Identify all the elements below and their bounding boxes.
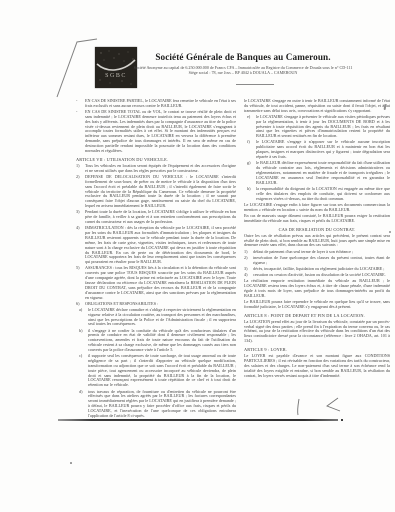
paragraph-text: Tous les véhicules en location seront éq… bbox=[85, 163, 236, 173]
paragraph-text: La résiliation emporte restitution imméd… bbox=[244, 278, 390, 298]
paragraph-text: ARTICLE 9 : LOYER. bbox=[244, 347, 287, 352]
section-header: ARTICLE 9 : LOYER. bbox=[244, 347, 390, 352]
section-header-centered: CAS DE RESILIATION DU CONTRAT. bbox=[244, 227, 390, 232]
paragraph: 4)cessation ou cession d'activité, fusio… bbox=[244, 273, 390, 278]
paragraph: -EN CAS DE SINISTRE TOTAL ou de VOL, le … bbox=[76, 110, 236, 154]
document-title: Société Générale de Banques au Cameroun. bbox=[118, 52, 368, 62]
item-marker: d) bbox=[79, 390, 82, 395]
paragraph-text: IMMATRICULATION : dès la réception du vé… bbox=[85, 225, 236, 264]
item-marker: f) bbox=[247, 140, 250, 145]
paragraph: 6)OBLIGATIONS ET RESPONSABILITES : bbox=[76, 302, 236, 307]
item-marker: g) bbox=[247, 161, 250, 166]
paragraph-text: le BAILLEUR décline expressément toute r… bbox=[256, 160, 390, 184]
item-marker: - bbox=[76, 110, 77, 115]
scan-speck bbox=[389, 231, 391, 233]
paragraph: En cas de mauvais usage dûment constaté,… bbox=[244, 214, 390, 224]
section-header: ARTICLE 8 : POINT DE DEPART ET FIN DE LA… bbox=[244, 313, 390, 318]
paragraph-text: le LOCATAIRE s'engage à n'apposer sur le… bbox=[256, 139, 390, 159]
paragraph-text: EN CAS DE SINISTRE TOTAL ou de VOL, le c… bbox=[85, 109, 236, 153]
paragraph-text: le LOCATAIRE s'engage en outre à tenir l… bbox=[244, 99, 390, 113]
paragraph: g)le BAILLEUR décline expressément toute… bbox=[247, 161, 390, 185]
paragraph: 4)IMMATRICULATION : dès la réception du … bbox=[76, 226, 236, 265]
paragraph: 1)Tous les véhicules en location seront … bbox=[76, 164, 236, 174]
item-marker: e) bbox=[247, 115, 250, 120]
section-header: ARTICLE VII : UTILISATION DU VEHICULE. bbox=[76, 157, 236, 162]
paragraph-text: La LOCATION prend effet au jour de la li… bbox=[244, 319, 390, 343]
paragraph: Le LOCATAIRE s'engage enfin à faire figu… bbox=[244, 203, 390, 213]
paragraph: le LOCATAIRE s'engage en outre à tenir l… bbox=[244, 99, 390, 114]
paragraph-text: il s'engage à ne confier la conduite du … bbox=[88, 328, 236, 352]
header-divider bbox=[236, 84, 274, 85]
item-marker: 3) bbox=[244, 267, 247, 272]
paragraph-text: Le LOYER est payable d'avance et son mon… bbox=[244, 353, 390, 377]
paragraph: La résiliation emporte restitution imméd… bbox=[244, 279, 390, 298]
scan-speck bbox=[70, 462, 72, 464]
paragraph-text: ARTICLE VII : UTILISATION DU VEHICULE. bbox=[76, 157, 168, 162]
paragraph: 5)ASSURANCES : tous les RISQUES liés à l… bbox=[76, 266, 236, 300]
paragraph: h)la responsabilité du dirigeant de la L… bbox=[247, 187, 390, 202]
page-edge-dot bbox=[341, 419, 343, 421]
paragraph-text: ASSURANCES : tous les RISQUES liés à la … bbox=[85, 265, 236, 299]
paragraph: f)le LOCATAIRE s'engage à n'apposer sur … bbox=[247, 140, 390, 159]
paragraph: 3)décès, incapacité, faillite, liquidati… bbox=[244, 267, 390, 272]
paragraph-text: OBLIGATIONS ET RESPONSABILITES : bbox=[85, 301, 158, 306]
paragraph-text: Pendant toute la durée de la location, l… bbox=[85, 209, 236, 224]
paragraph-text: inexécution de l'une quelconque des clau… bbox=[253, 255, 390, 265]
item-marker: b) bbox=[79, 329, 82, 334]
item-marker: 1) bbox=[76, 164, 79, 169]
paragraph: a)le LOCATAIRE déclare connaître et s'ob… bbox=[79, 308, 236, 327]
item-marker: 4) bbox=[244, 273, 247, 278]
paragraph-text: il supporte seul les conséquences de tou… bbox=[88, 353, 236, 387]
item-marker: 3) bbox=[76, 210, 79, 215]
paragraph-text: EN CAS DE SINISTRE PARTIEL, le LOCATAIRE… bbox=[85, 99, 236, 108]
paragraph: Le BAILLEUR pourra faire reprendre le vé… bbox=[244, 300, 390, 310]
paragraph-text: Le LOCATAIRE s'engage enfin à faire figu… bbox=[244, 202, 390, 212]
paragraph-text: la responsabilité du dirigeant de la LOC… bbox=[256, 186, 390, 201]
paragraph: e)le LOCATAIRE s'engage à présenter le v… bbox=[247, 115, 390, 139]
page-bottom-edge bbox=[58, 419, 338, 421]
paragraph-text: Le BAILLEUR pourra faire reprendre le vé… bbox=[244, 299, 390, 309]
paragraph-text: le LOCATAIRE s'engage à présenter le véh… bbox=[256, 114, 390, 138]
right-column: le LOCATAIRE s'engage en outre à tenir l… bbox=[244, 99, 390, 380]
item-marker: a) bbox=[79, 308, 82, 313]
paragraph-text: En cas de mauvais usage dûment constaté,… bbox=[244, 213, 390, 223]
left-column: -EN CAS DE SINISTRE PARTIEL, le LOCATAIR… bbox=[76, 99, 236, 420]
paragraph-text: Outre les cas de résiliation prévus aux … bbox=[244, 233, 390, 248]
paragraph-text: cessation ou cession d'activité, fusion … bbox=[253, 272, 386, 277]
paragraph: d)tous travaux de réparation, de fournit… bbox=[79, 390, 236, 419]
document-subtitle-line2: Siège social : 78, rue Joss – BP 4042 à … bbox=[118, 70, 368, 75]
item-marker: c) bbox=[79, 354, 82, 359]
paragraph-text: ARTICLE 8 : POINT DE DEPART ET FIN DE LA… bbox=[244, 313, 365, 318]
paragraph: -EN CAS DE SINISTRE PARTIEL, le LOCATAIR… bbox=[76, 99, 236, 109]
paragraph: c)il supporte seul les conséquences de t… bbox=[79, 354, 236, 388]
paragraph: 3)Pendant toute la durée de la location,… bbox=[76, 210, 236, 225]
paragraph: b)il s'engage à ne confier la conduite d… bbox=[79, 329, 236, 353]
item-marker: 6) bbox=[76, 302, 79, 307]
paragraph: 2)DEFENSE DE DELOCALISATION DU VEHICULE … bbox=[76, 175, 236, 209]
paragraph: 2)inexécution de l'une quelconque des cl… bbox=[244, 256, 390, 266]
item-marker: 5) bbox=[76, 266, 79, 271]
paragraph: Le LOYER est payable d'avance et son mon… bbox=[244, 354, 390, 378]
paragraph-text: le LOCATAIRE déclare connaître et s'obli… bbox=[88, 307, 236, 327]
item-marker: - bbox=[76, 99, 77, 104]
scanned-contract-page: SGBC Société Générale de Banques au Came… bbox=[0, 0, 395, 512]
paragraph-text: tous travaux de réparation, de fournitur… bbox=[88, 389, 236, 418]
item-marker: h) bbox=[247, 187, 250, 192]
paragraph: 1)défaut de paiement d'un seul terme de … bbox=[244, 250, 390, 255]
item-marker: 2) bbox=[244, 256, 247, 261]
paragraph-text: CAS DE RESILIATION DU CONTRAT. bbox=[279, 227, 356, 232]
item-marker: 1) bbox=[244, 250, 247, 255]
paragraph-text: défaut de paiement d'un seul terme de lo… bbox=[253, 249, 353, 254]
paragraph-text: DEFENSE DE DELOCALISATION DU VEHICULE : … bbox=[85, 174, 236, 208]
paragraph-text: décès, incapacité, faillite, liquidation… bbox=[253, 266, 384, 271]
paragraph: Outre les cas de résiliation prévus aux … bbox=[244, 234, 390, 249]
item-marker: 4) bbox=[76, 226, 79, 231]
item-marker: 2) bbox=[76, 175, 79, 180]
document-header: Société Générale de Banques au Cameroun.… bbox=[118, 52, 368, 75]
paragraph: La LOCATION prend effet au jour de la li… bbox=[244, 320, 390, 344]
